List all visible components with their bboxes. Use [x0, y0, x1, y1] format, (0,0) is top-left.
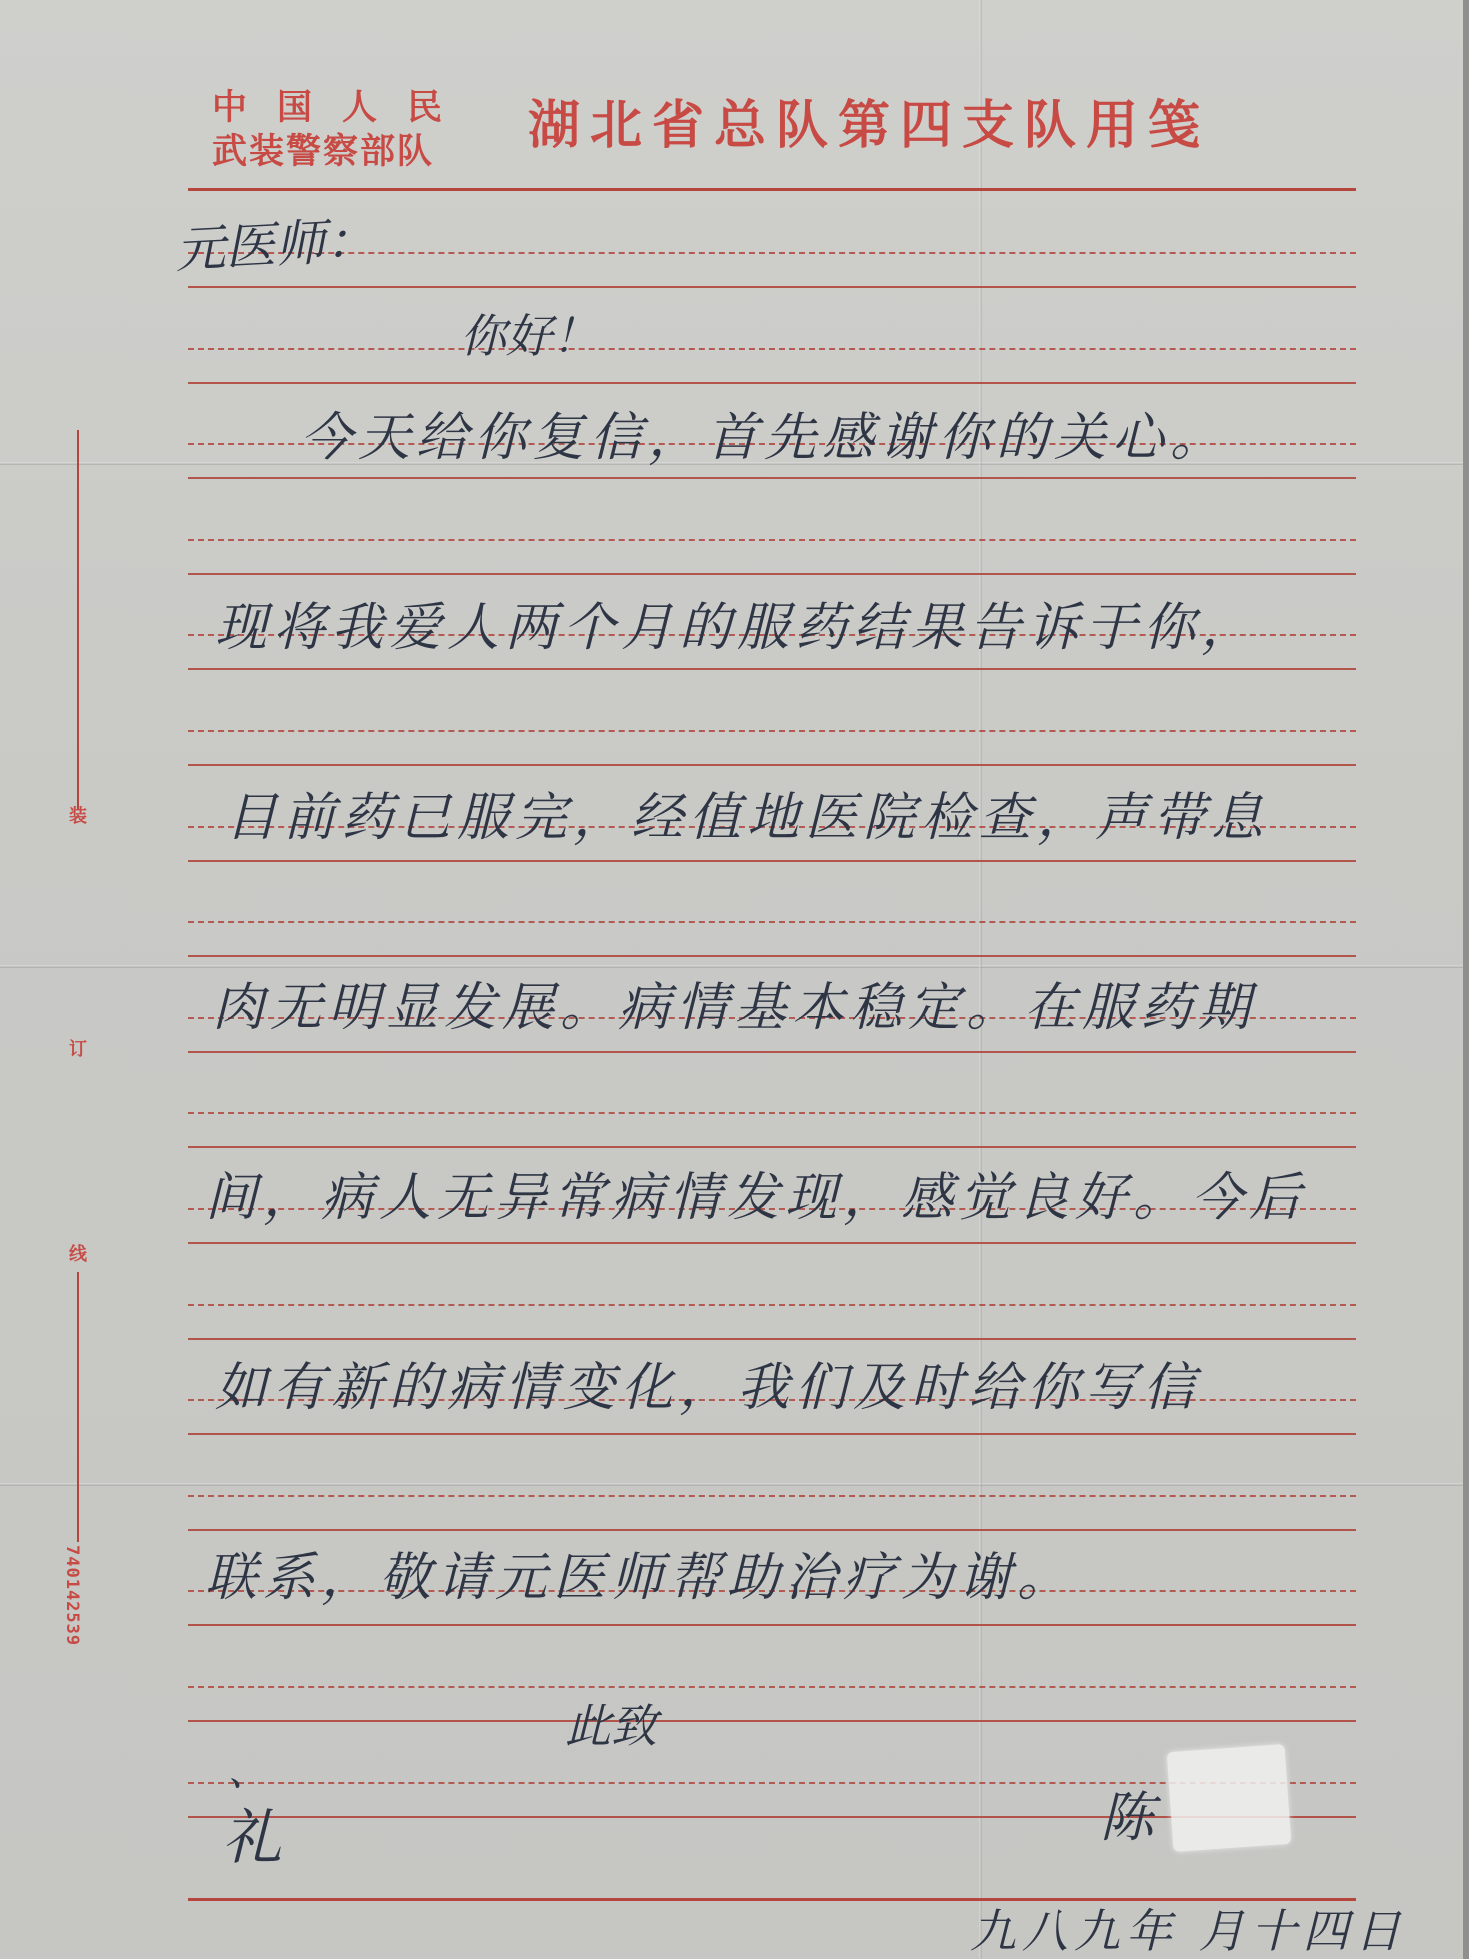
letter-line-1: 今天给你复信，首先感谢你的关心。 [300, 395, 1228, 470]
org-line-1: 中国人民 [212, 86, 472, 130]
top-rule [188, 188, 1356, 191]
solid-rule [188, 1433, 1356, 1435]
solid-rule [188, 477, 1356, 479]
paper-fold [0, 1483, 1463, 1486]
solid-rule [188, 860, 1356, 862]
solid-rule [188, 1624, 1356, 1626]
dashed-rule [188, 1304, 1356, 1306]
letter-line-2: 现将我爱人两个月的服药结果告诉于你， [215, 585, 1259, 660]
binding-line [77, 430, 79, 810]
solid-rule [188, 1720, 1356, 1722]
dashed-rule [188, 730, 1356, 732]
solid-rule [188, 1338, 1356, 1340]
binding-char-zhuang: 装 [66, 802, 90, 828]
tape-patch [1167, 1744, 1292, 1852]
solid-rule [188, 1242, 1356, 1244]
solid-rule [188, 955, 1356, 957]
letterhead-organization: 中国人民 武装警察部队 [212, 86, 472, 174]
binding-char-xian: 线 [66, 1240, 90, 1266]
letter-line-3: 目前药已服完，经值地医院检查，声带息 [225, 775, 1269, 850]
binding-line [77, 1272, 79, 1542]
closing-li: 礼 [222, 1790, 282, 1876]
letter-line-4: 肉无明显发展。病情基本稳定。在服药期 [212, 965, 1256, 1040]
solid-rule [188, 764, 1356, 766]
letterhead-title: 湖北省总队第四支队用笺 [528, 96, 1210, 156]
dashed-rule [188, 1112, 1356, 1114]
solid-rule [188, 1529, 1356, 1531]
dashed-rule [188, 921, 1356, 923]
dashed-rule [188, 1686, 1356, 1688]
letter-paper: 中国人民 武装警察部队 湖北省总队第四支队用笺 装 订 线 740142539 … [0, 0, 1463, 1959]
greeting: 你好！ [460, 300, 598, 366]
letter-line-7: 联系，敬请元医师帮助治疗为谢。 [205, 1535, 1075, 1610]
binding-char-ding: 订 [66, 1035, 90, 1061]
serial-number: 740142539 [62, 1545, 82, 1646]
letter-line-5: 间，病人无异常病情发现，感觉良好。今后 [205, 1155, 1307, 1230]
closing-cizhi: 此致 [565, 1690, 657, 1756]
solid-rule [188, 286, 1356, 288]
dashed-rule [188, 348, 1356, 350]
solid-rule [188, 382, 1356, 384]
dashed-rule [188, 1495, 1356, 1497]
date: 九八九年 月十四日 [970, 1895, 1407, 1959]
solid-rule [188, 1051, 1356, 1053]
dashed-rule [188, 539, 1356, 541]
solid-rule [188, 573, 1356, 575]
solid-rule [188, 668, 1356, 670]
letter-line-6: 如有新的病情变化，我们及时给你写信 [215, 1345, 1201, 1420]
solid-rule [188, 1146, 1356, 1148]
salutation: 元医师： [173, 200, 376, 282]
closing-mark: 、 [228, 1740, 268, 1797]
org-line-2: 武装警察部队 [212, 130, 472, 174]
signature: 陈 [1100, 1775, 1154, 1852]
